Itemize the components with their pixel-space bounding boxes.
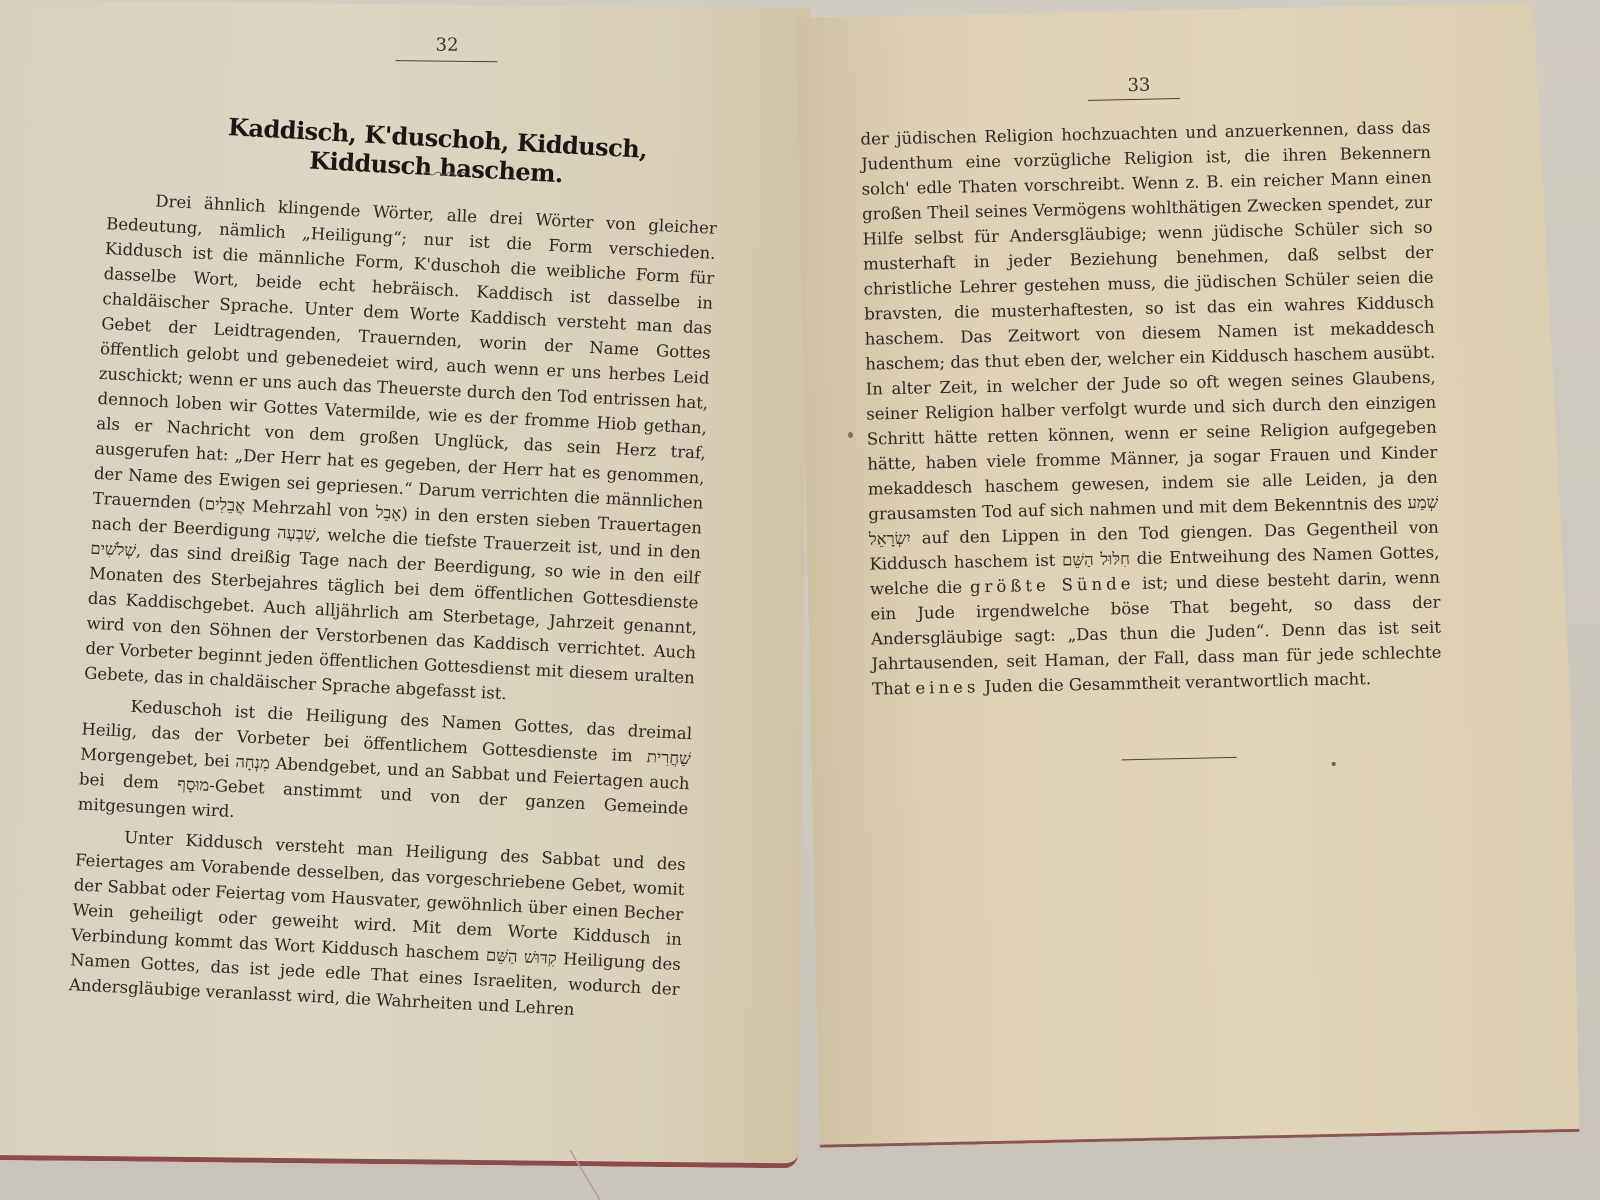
- emphasis-text: größte Sünde: [970, 574, 1135, 596]
- paragraph: Drei ähnlich klingende Wörter, alle drei…: [84, 186, 718, 715]
- paper-speck: [1332, 762, 1336, 766]
- paper-speck: [848, 432, 853, 438]
- chapter-title: Kaddisch, K'duschoh, Kiddusch, Kiddusch …: [186, 110, 688, 195]
- section-end-rule: [1122, 757, 1237, 760]
- emphasis-text: eines: [915, 677, 979, 697]
- page-number-left: 32: [435, 35, 458, 56]
- paragraph: Keduschoh ist die Heiligung des Namen Go…: [77, 692, 692, 847]
- right-page: 33 der jüdischen Religion hochzuachten u…: [796, 2, 1579, 1148]
- paragraph: der jüdischen Religion hochzuachten und …: [860, 115, 1442, 702]
- bookmark-thread: [565, 1150, 605, 1200]
- left-page: 32 Kaddisch, K'duschoh, Kiddusch, Kiddus…: [0, 0, 810, 1168]
- page-number-right: 33: [1127, 75, 1150, 96]
- title-ornament: [423, 170, 468, 176]
- left-page-body: Drei ähnlich klingende Wörter, alle drei…: [68, 186, 717, 1033]
- text-run: Juden die Gesammtheit verantwortlich mac…: [984, 669, 1371, 696]
- right-page-body: der jüdischen Religion hochzuachten und …: [860, 115, 1442, 708]
- paragraph: Unter Kiddusch versteht man Heiligung de…: [68, 822, 686, 1027]
- page-number-rule: [395, 60, 497, 62]
- page-number-rule: [1088, 98, 1180, 101]
- text-run: der jüdischen Religion hochzuachten und …: [860, 118, 1439, 599]
